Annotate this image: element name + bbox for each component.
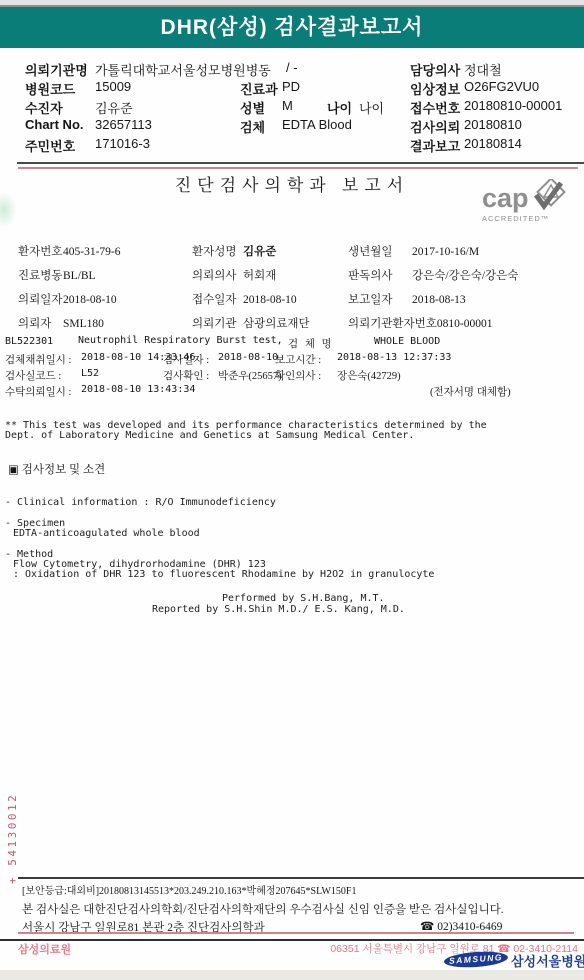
label-test-verified: 검사확인 : — [163, 368, 209, 383]
patient-cell: 생년월일2017-10-16/M — [348, 243, 479, 259]
value-request-org: 가톨릭대학교서울성모병원병동 — [95, 60, 271, 79]
section-divider-pink — [18, 167, 578, 169]
value-chart-no: 32657113 — [95, 117, 152, 132]
value-specimen: EDTA Blood — [282, 117, 352, 132]
esignature-note: (전자서명 대체함) — [430, 384, 511, 399]
lab-phone: ☎ 02)3410-6469 — [420, 919, 502, 933]
patient-field-label: 환자성명 — [192, 243, 243, 259]
disclaimer-line-2: Dept. of Laboratory Medicine and Genetic… — [5, 430, 414, 441]
hospital-name: 삼성서울병원 — [511, 951, 584, 970]
patient-field-value: 강은숙/강은숙/강은숙 — [412, 270, 518, 282]
reported-by: Reported by S.H.Shin M.D./ E.S. Kang, M.… — [152, 604, 405, 615]
label-specimen: 검체 — [240, 117, 265, 136]
patient-field-label: 의뢰기관 — [192, 315, 243, 331]
label-clinical-info: 임상정보 — [410, 79, 460, 98]
side-specimen-code: + 54130012 — [6, 793, 19, 884]
finding-specimen-body: EDTA-anticoagulated whole blood — [13, 528, 200, 539]
patient-field-label: 생년월일 — [348, 243, 412, 259]
patient-field-value: 허회재 — [243, 270, 276, 282]
patient-field-label: 의뢰일자 — [18, 291, 63, 307]
finding-clinical-info: - Clinical information : R/O Immunodefic… — [5, 497, 276, 508]
page-title: DHR(삼성) 검사결과보고서 — [0, 7, 584, 48]
test-name: Neutrophil Respiratory Burst test, — [78, 335, 283, 346]
value-result-date: 20180814 — [464, 136, 522, 151]
patient-cell: 의뢰일자2018-08-10 — [18, 291, 117, 307]
value-attending-doctor: 정대철 — [464, 60, 502, 79]
patient-field-value: 405-31-79-6 — [63, 246, 121, 258]
patient-field-value: 2018-08-13 — [412, 294, 466, 306]
patient-field-value: 0810-00001 — [437, 318, 493, 330]
findings-section-title: ▣ 검사정보 및 소견 — [8, 461, 105, 477]
label-examinee: 수진자 — [25, 98, 63, 117]
value-request-org-ward: / - — [286, 60, 298, 75]
value-test-verified: 박준우(25657) — [218, 368, 282, 383]
footer-top-rule — [18, 877, 584, 879]
patient-cell: 진료병동BL/BL — [18, 267, 96, 283]
label-specimen-name: 검 체 명 — [288, 336, 334, 351]
label-confirm-doctor: 확인의사 : — [275, 368, 321, 383]
value-specimen-name: WHOLE BLOOD — [374, 336, 440, 347]
security-classification-line: [보안등급:대외비]20180813145513*203.249.210.163… — [22, 882, 356, 897]
lab-accreditation-line: 본 검사실은 대한진단검사의학회/진단검사의학재단의 우수검사실 신임 인증을 … — [22, 901, 504, 917]
patient-field-label: 판독의사 — [348, 267, 412, 283]
value-resident-no: 171016-3 — [95, 136, 150, 151]
label-hospital-code: 병원코드 — [25, 79, 75, 98]
performed-by: Performed by S.H.Bang, M.T. — [222, 593, 385, 604]
patient-cell: 의뢰기관삼광의료재단 — [192, 315, 310, 331]
section-divider-dark — [17, 162, 584, 164]
label-collect-datetime: 검체채취일시 : — [5, 352, 71, 367]
label-sex: 성별 — [240, 98, 265, 117]
value-department: PD — [282, 79, 300, 94]
label-age: 나이 — [327, 98, 352, 117]
cap-emblem-icon — [530, 179, 568, 213]
report-title-bar: DHR(삼성) 검사결과보고서 — [0, 7, 584, 48]
patient-cell: 접수일자2018-08-10 — [192, 291, 297, 307]
patient-field-value: SML180 — [63, 318, 104, 330]
label-chart-no: Chart No. — [25, 117, 84, 132]
label-resident-no: 주민번호 — [25, 136, 75, 155]
cap-accredited-text: ACCREDITED™ — [482, 214, 582, 223]
value-examinee: 김유준 — [95, 98, 133, 117]
patient-field-label: 환자번호 — [18, 243, 63, 259]
value-test-date: 2018-08-10 — [218, 352, 278, 363]
value-accession-no: 20180810-00001 — [464, 98, 562, 113]
patient-field-value: 2018-08-10 — [63, 294, 117, 306]
patient-field-label: 접수일자 — [192, 291, 243, 307]
value-referral-datetime: 2018-08-10 13:43:34 — [81, 384, 195, 395]
patient-field-label: 의뢰의사 — [192, 267, 243, 283]
value-report-time: 2018-08-13 12:37:33 — [337, 352, 451, 363]
patient-field-label: 진료병동 — [18, 267, 63, 283]
patient-field-value: 2017-10-16/M — [412, 246, 479, 258]
patient-field-value: BL/BL — [63, 270, 96, 282]
top-strip — [0, 0, 584, 7]
patient-cell: 의뢰기관환자번호0810-00001 — [348, 315, 492, 331]
patient-field-value: 삼광의료재단 — [243, 318, 310, 330]
samsung-logo: SAMSUNG — [444, 950, 509, 969]
patient-cell: 판독의사강은숙/강은숙/강은숙 — [348, 267, 518, 283]
finding-method-line-2: : Oxidation of DHR 123 to fluorescent Rh… — [13, 569, 434, 580]
value-lab-code: L52 — [81, 368, 99, 379]
value-confirm-doctor: 장은숙(42729) — [337, 368, 401, 383]
patient-field-label: 보고일자 — [348, 291, 412, 307]
bottom-strip — [0, 970, 584, 980]
label-request-org: 의뢰기관명 — [25, 60, 88, 79]
patient-cell: 환자성명김유준 — [192, 243, 276, 259]
medical-center-name: 삼성의료원 — [18, 941, 71, 957]
cap-wordmark: cap — [482, 183, 529, 213]
label-referral-datetime: 수탁의뢰일시 : — [5, 384, 71, 399]
patient-field-value: 2018-08-10 — [243, 294, 297, 306]
cap-accredited-logo: cap ACCREDITED™ — [482, 179, 582, 223]
dhr-report-document: DHR(삼성) 검사결과보고서 의뢰기관명 가톨릭대학교서울성모병원병동 / -… — [0, 0, 584, 980]
label-lab-code: 검사실코드 : — [5, 368, 61, 383]
label-request-date: 검사의뢰 — [410, 117, 460, 136]
scan-artifact — [0, 192, 17, 228]
patient-field-label: 의뢰기관환자번호 — [348, 315, 437, 331]
value-clinical-info: O26FG2VU0 — [464, 79, 539, 94]
value-age: 나이 — [359, 98, 384, 117]
test-code: BL522301 — [5, 336, 53, 347]
value-sex: M — [282, 98, 293, 113]
footer-pink-rule — [18, 932, 574, 934]
value-request-date: 20180810 — [464, 117, 522, 132]
label-attending-doctor: 담당의사 — [410, 60, 460, 79]
patient-cell: 환자번호405-31-79-6 — [18, 243, 121, 259]
patient-name-value: 김유준 — [243, 246, 276, 258]
label-test-date: 검사일자 : — [163, 352, 209, 367]
patient-cell: 의뢰의사허회재 — [192, 267, 276, 283]
label-accession-no: 접수번호 — [410, 98, 460, 117]
samsung-wordmark: SAMSUNG — [444, 950, 509, 969]
patient-cell: 의뢰자SML180 — [18, 315, 104, 331]
label-department: 진료과 — [240, 79, 278, 98]
patient-field-label: 의뢰자 — [18, 315, 63, 331]
patient-cell: 보고일자2018-08-13 — [348, 291, 466, 307]
label-report-time: 보고시간 : — [275, 352, 321, 367]
value-hospital-code: 15009 — [95, 79, 131, 94]
label-result-date: 결과보고 — [410, 136, 460, 155]
